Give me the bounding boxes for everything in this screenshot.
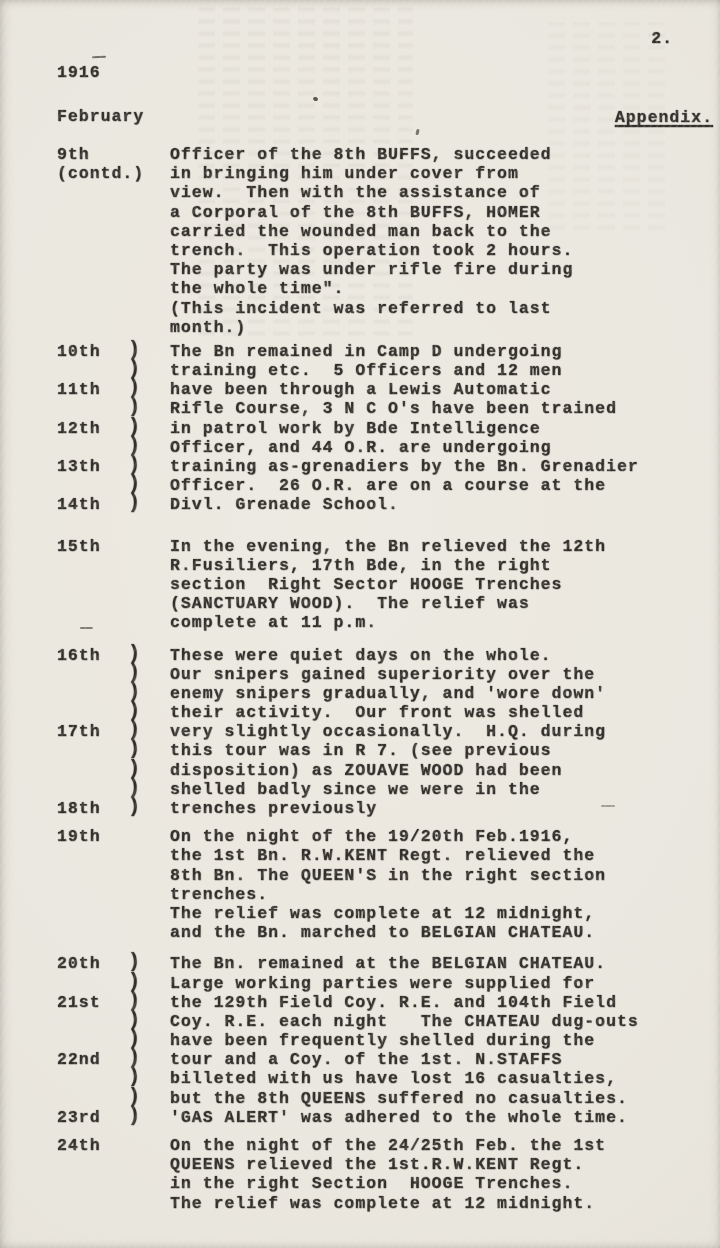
diary-entry: 9thOfficer of the 8th BUFFS, succeeded(c…: [0, 145, 720, 337]
entry-line: )have been frequently shelled during the: [0, 1031, 720, 1050]
entry-line: )their activity. Our front was shelled: [0, 703, 720, 722]
entry-text: have been frequently shelled during the: [170, 1031, 720, 1050]
entry-line: 12th)in patrol work by Bde Intelligence: [0, 419, 720, 438]
entry-line: (contd.)in bringing him under cover from: [0, 164, 720, 183]
entry-date-label: 19th: [57, 827, 128, 846]
entry-line: a Corporal of the 8th BUFFS, HOMER: [0, 203, 720, 222]
entry-text: complete at 11 p.m.: [170, 613, 720, 632]
entry-text: the whole time".: [170, 279, 720, 298]
entry-text: Large working parties were supplied for: [170, 974, 720, 993]
entry-text: The relief was complete at 12 midnight.: [170, 1194, 720, 1213]
entry-line: 14th)Divl. Grenade School.: [0, 495, 720, 514]
appendix-column-heading: Appendix.: [615, 108, 713, 127]
entry-text: trenches previously: [170, 799, 720, 818]
entry-date-label: 13th: [57, 457, 128, 476]
diary-entry: 24thOn the night of the 24/25th Feb. the…: [0, 1136, 720, 1213]
entry-line: )Officer. 26 O.R. are on a course at the: [0, 476, 720, 495]
entry-text: enemy snipers gradually, and 'wore down': [170, 684, 720, 703]
entry-line: )enemy snipers gradually, and 'wore down…: [0, 684, 720, 703]
entry-text: in bringing him under cover from: [170, 164, 720, 183]
entry-text: 8th Bn. The QUEEN'S in the right section: [170, 866, 720, 885]
ink-dash-artifact: [80, 627, 93, 629]
entry-date-label: 15th: [57, 537, 128, 556]
entry-line: )Officer, and 44 O.R. are undergoing: [0, 438, 720, 457]
ink-dash-artifact: [601, 805, 615, 807]
entry-line: )shelled badly since we were in the: [0, 780, 720, 799]
entry-text: their activity. Our front was shelled: [170, 703, 720, 722]
entry-line: )Large working parties were supplied for: [0, 974, 720, 993]
entry-text: this tour was in R 7. (see previous: [170, 741, 720, 760]
entry-line: )training etc. 5 Officers and 12 men: [0, 361, 720, 380]
entry-line: the whole time".: [0, 279, 720, 298]
entry-text: R.Fusiliers, 17th Bde, in the right: [170, 556, 720, 575]
entry-date-label: 12th: [57, 419, 128, 438]
entry-date-label: 18th: [57, 799, 128, 818]
entry-text: shelled badly since we were in the: [170, 780, 720, 799]
entry-line: QUEENS relieved the 1st.R.W.KENT Regt.: [0, 1155, 720, 1174]
entry-line: the 1st Bn. R.W.KENT Regt. relieved the: [0, 846, 720, 865]
entry-text: In the evening, the Bn relieved the 12th: [170, 537, 720, 556]
entry-text: The party was under rifle fire during: [170, 260, 720, 279]
entry-date-label: 14th: [57, 495, 128, 514]
entry-line: )but the 8th QUEENS suffered no casualti…: [0, 1089, 720, 1108]
entry-text: 'GAS ALERT' was adhered to the whole tim…: [170, 1108, 720, 1127]
entry-line: The relief was complete at 12 midnight.: [0, 1194, 720, 1213]
entry-text: (SANCTUARY WOOD). The relief was: [170, 594, 720, 613]
entry-line: carried the wounded man back to the: [0, 222, 720, 241]
entry-date-label: 20th: [57, 954, 128, 973]
entry-line: )disposition) as ZOUAVE WOOD had been: [0, 761, 720, 780]
entry-line: complete at 11 p.m.: [0, 613, 720, 632]
entry-text: section Right Sector HOOGE Trenches: [170, 575, 720, 594]
entry-line: 19thOn the night of the 19/20th Feb.1916…: [0, 827, 720, 846]
entry-text: have been through a Lewis Automatic: [170, 380, 720, 399]
entry-text: billeted with us have lost 16 casualties…: [170, 1069, 720, 1088]
entry-text: (This incident was referred to last: [170, 299, 720, 318]
entry-date-label: 11th: [57, 380, 128, 399]
entry-text: trenches.: [170, 885, 720, 904]
entry-text: disposition) as ZOUAVE WOOD had been: [170, 761, 720, 780]
entry-text: Rifle Course, 3 N C O's have been traine…: [170, 399, 720, 418]
entry-text: The Bn remained in Camp D undergoing: [170, 342, 720, 361]
entry-text: in patrol work by Bde Intelligence: [170, 419, 720, 438]
entry-bracket: ): [128, 798, 170, 817]
entry-line: 22nd)tour and a Coy. of the 1st. N.STAFF…: [0, 1050, 720, 1069]
entry-text: The Bn. remained at the BELGIAN CHATEAU.: [170, 954, 720, 973]
entry-line: 23rd)'GAS ALERT' was adhered to the whol…: [0, 1108, 720, 1127]
page-number: 2.: [651, 29, 673, 48]
entry-line: section Right Sector HOOGE Trenches: [0, 575, 720, 594]
entry-date-label: 10th: [57, 342, 128, 361]
entry-text: month.): [170, 318, 720, 337]
entry-bracket: ): [128, 494, 170, 513]
entry-date-label: 9th: [57, 145, 128, 164]
entry-line: 20th)The Bn. remained at the BELGIAN CHA…: [0, 954, 720, 973]
entry-line: trenches.: [0, 885, 720, 904]
entry-date-label: 21st: [57, 993, 128, 1012]
entry-text: trench. This operation took 2 hours.: [170, 241, 720, 260]
ink-dash-artifact: [92, 56, 106, 58]
diary-entry: 16th)These were quiet days on the whole.…: [0, 646, 720, 819]
entry-line: (SANCTUARY WOOD). The relief was: [0, 594, 720, 613]
diary-entry: 10th)The Bn remained in Camp D undergoin…: [0, 342, 720, 515]
entry-line: 11th)have been through a Lewis Automatic: [0, 380, 720, 399]
entry-text: Divl. Grenade School.: [170, 495, 720, 514]
entry-line: 15thIn the evening, the Bn relieved the …: [0, 537, 720, 556]
entry-text: On the night of the 24/25th Feb. the 1st: [170, 1136, 720, 1155]
entry-line: trench. This operation took 2 hours.: [0, 241, 720, 260]
entry-date-label: (contd.): [57, 164, 128, 183]
entry-date-label: 22nd: [57, 1050, 128, 1069]
entry-text: very slightly occasionally. H.Q. during: [170, 722, 720, 741]
entry-text: The relief was complete at 12 midnight,: [170, 904, 720, 923]
entry-date-label: 23rd: [57, 1108, 128, 1127]
entry-line: )Our snipers gained superiority over the: [0, 665, 720, 684]
entry-text: QUEENS relieved the 1st.R.W.KENT Regt.: [170, 1155, 720, 1174]
diary-entry: 19thOn the night of the 19/20th Feb.1916…: [0, 827, 720, 942]
entry-text: but the 8th QUEENS suffered no casualtie…: [170, 1089, 720, 1108]
diary-entry: 20th)The Bn. remained at the BELGIAN CHA…: [0, 954, 720, 1127]
entry-text: view. Then with the assistance of: [170, 183, 720, 202]
entry-text: and the Bn. marched to BELGIAN CHATEAU.: [170, 923, 720, 942]
entry-text: Officer of the 8th BUFFS, succeeded: [170, 145, 720, 164]
ink-speck: [415, 129, 419, 136]
entry-line: The party was under rifle fire during: [0, 260, 720, 279]
entry-line: 9thOfficer of the 8th BUFFS, succeeded: [0, 145, 720, 164]
entry-text: Officer. 26 O.R. are on a course at the: [170, 476, 720, 495]
entry-text: training etc. 5 Officers and 12 men: [170, 361, 720, 380]
entry-text: training as-grenadiers by the Bn. Grenad…: [170, 457, 720, 476]
entry-line: 24thOn the night of the 24/25th Feb. the…: [0, 1136, 720, 1155]
entry-line: (This incident was referred to last: [0, 299, 720, 318]
entry-line: view. Then with the assistance of: [0, 183, 720, 202]
entry-text: Our snipers gained superiority over the: [170, 665, 720, 684]
entry-line: )this tour was in R 7. (see previous: [0, 741, 720, 760]
entry-line: month.): [0, 318, 720, 337]
month-heading: February: [57, 107, 144, 126]
entry-line: 18th)trenches previously: [0, 799, 720, 818]
diary-entry: 15thIn the evening, the Bn relieved the …: [0, 537, 720, 633]
entry-text: Coy. R.E. each night The CHATEAU dug-out…: [170, 1012, 720, 1031]
diary-entries: 9thOfficer of the 8th BUFFS, succeeded(c…: [0, 145, 720, 1213]
entry-text: carried the wounded man back to the: [170, 222, 720, 241]
entry-line: and the Bn. marched to BELGIAN CHATEAU.: [0, 923, 720, 942]
entry-line: in the right Section HOOGE Trenches.: [0, 1174, 720, 1193]
entry-line: 13th)training as-grenadiers by the Bn. G…: [0, 457, 720, 476]
entry-text: tour and a Coy. of the 1st. N.STAFFS: [170, 1050, 720, 1069]
entry-line: 8th Bn. The QUEEN'S in the right section: [0, 866, 720, 885]
entry-date-label: 16th: [57, 646, 128, 665]
entry-line: 10th)The Bn remained in Camp D undergoin…: [0, 342, 720, 361]
entry-text: the 1st Bn. R.W.KENT Regt. relieved the: [170, 846, 720, 865]
entry-line: )Rifle Course, 3 N C O's have been train…: [0, 399, 720, 418]
entry-text: These were quiet days on the whole.: [170, 646, 720, 665]
entry-text: a Corporal of the 8th BUFFS, HOMER: [170, 203, 720, 222]
year-heading: 1916: [57, 63, 101, 82]
entry-line: )billeted with us have lost 16 casualtie…: [0, 1069, 720, 1088]
entry-text: in the right Section HOOGE Trenches.: [170, 1174, 720, 1193]
entry-line: 21st)the 129th Field Coy. R.E. and 104th…: [0, 993, 720, 1012]
entry-line: The relief was complete at 12 midnight,: [0, 904, 720, 923]
war-diary-page: 2. 1916 February Appendix. 9thOfficer of…: [0, 0, 720, 1248]
entry-line: 16th)These were quiet days on the whole.: [0, 646, 720, 665]
entry-date-label: 24th: [57, 1136, 128, 1155]
entry-line: 17th)very slightly occasionally. H.Q. du…: [0, 722, 720, 741]
entry-line: )Coy. R.E. each night The CHATEAU dug-ou…: [0, 1012, 720, 1031]
entry-text: On the night of the 19/20th Feb.1916,: [170, 827, 720, 846]
entry-text: Officer, and 44 O.R. are undergoing: [170, 438, 720, 457]
entry-date-label: 17th: [57, 722, 128, 741]
entry-text: the 129th Field Coy. R.E. and 104th Fiel…: [170, 993, 720, 1012]
entry-line: R.Fusiliers, 17th Bde, in the right: [0, 556, 720, 575]
entry-bracket: ): [128, 1107, 170, 1126]
